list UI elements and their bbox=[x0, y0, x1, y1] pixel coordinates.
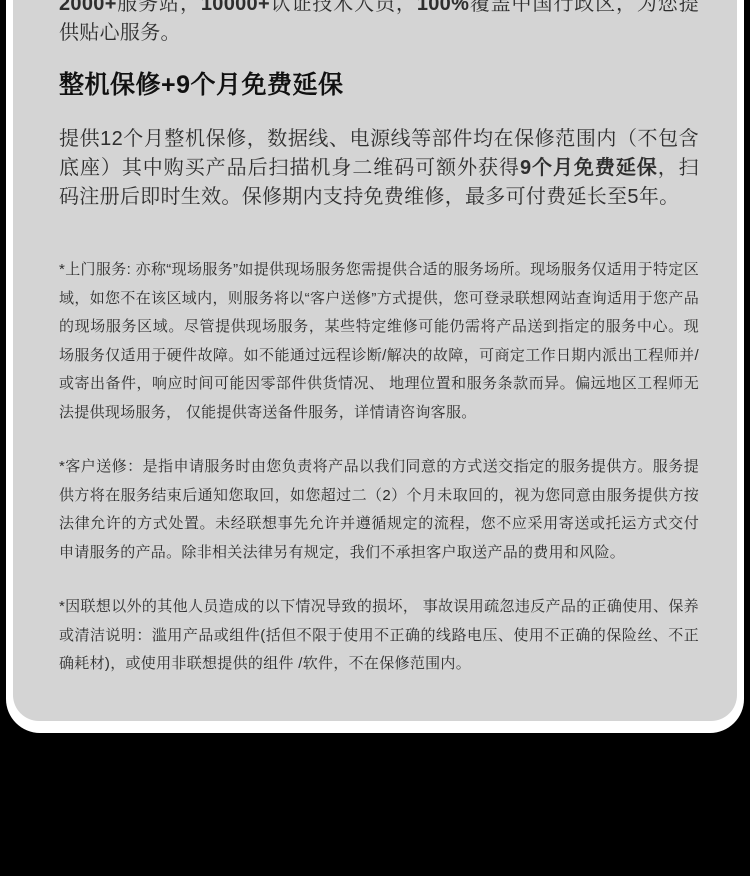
footnote-warranty-exclusions: *因联想以外的其他人员造成的以下情况导致的损坏， 事故误用疏忽违反产品的正确使用… bbox=[59, 593, 699, 679]
warranty-card-content: 整机（不含底座）提供12个月免费上门，免去出行烦恼。全国拥有2000+服务站，1… bbox=[59, 0, 699, 679]
warranty-card-border: 整机（不含底座）提供12个月免费上门，免去出行烦恼。全国拥有2000+服务站，1… bbox=[6, 0, 744, 733]
service-intro-paragraph: 整机（不含底座）提供12个月免费上门，免去出行烦恼。全国拥有2000+服务站，1… bbox=[59, 0, 699, 48]
warranty-description-paragraph: 提供12个月整机保修，数据线、电源线等部件均在保修范围内（不包含底座）其中购买产… bbox=[59, 125, 699, 212]
page: 整机（不含底座）提供12个月免费上门，免去出行烦恼。全国拥有2000+服务站，1… bbox=[0, 0, 750, 876]
warranty-section-heading: 整机保修+9个月免费延保 bbox=[59, 70, 699, 100]
footnote-customer-delivery: *客户送修：是指申请服务时由您负责将产品以我们同意的方式送交指定的服务提供方。服… bbox=[59, 453, 699, 567]
warranty-card: 整机（不含底座）提供12个月免费上门，免去出行烦恼。全国拥有2000+服务站，1… bbox=[13, 0, 737, 721]
footnote-onsite-service: *上门服务: 亦称“现场服务”如提供现场服务您需提供合适的服务场所。现场服务仅适… bbox=[59, 256, 699, 427]
